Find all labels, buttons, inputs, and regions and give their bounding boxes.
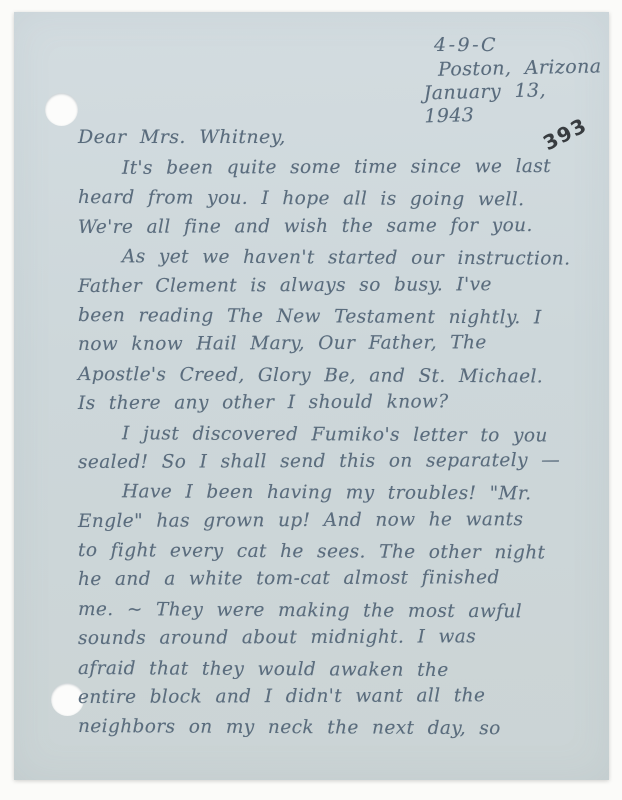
punch-hole-top xyxy=(45,93,78,126)
scan-background: 4-9-C Poston, Arizona January 13, 1943 3… xyxy=(0,0,622,800)
letter-line: sounds around about midnight. I was xyxy=(78,626,603,658)
letter-line: It's been quite some time since we last xyxy=(78,156,603,188)
letter-line: neighbors on my neck the next day, so xyxy=(78,716,603,748)
letter-heading: 4-9-C Poston, Arizona January 13, 1943 xyxy=(422,34,609,126)
heading-address: 4-9-C xyxy=(434,34,609,57)
letter-line: he and a white tom-cat almost finished xyxy=(78,567,603,599)
letter-line: sealed! So I shall send this on separate… xyxy=(78,450,603,482)
letter-line: Is there any other I should know? xyxy=(78,391,603,423)
letter-body: It's been quite some time since we lasth… xyxy=(78,158,603,746)
letter-line: We're all fine and wish the same for you… xyxy=(78,214,603,246)
salutation: Dear Mrs. Whitney, xyxy=(78,126,286,148)
letter-page: 4-9-C Poston, Arizona January 13, 1943 3… xyxy=(14,12,609,780)
letter-line: entire block and I didn't want all the xyxy=(78,685,603,717)
letter-line: Father Clement is always so busy. I've xyxy=(78,273,603,305)
letter-line: Engle" has grown up! And now he wants xyxy=(78,508,603,540)
letter-line: now know Hail Mary, Our Father, The xyxy=(78,332,603,364)
